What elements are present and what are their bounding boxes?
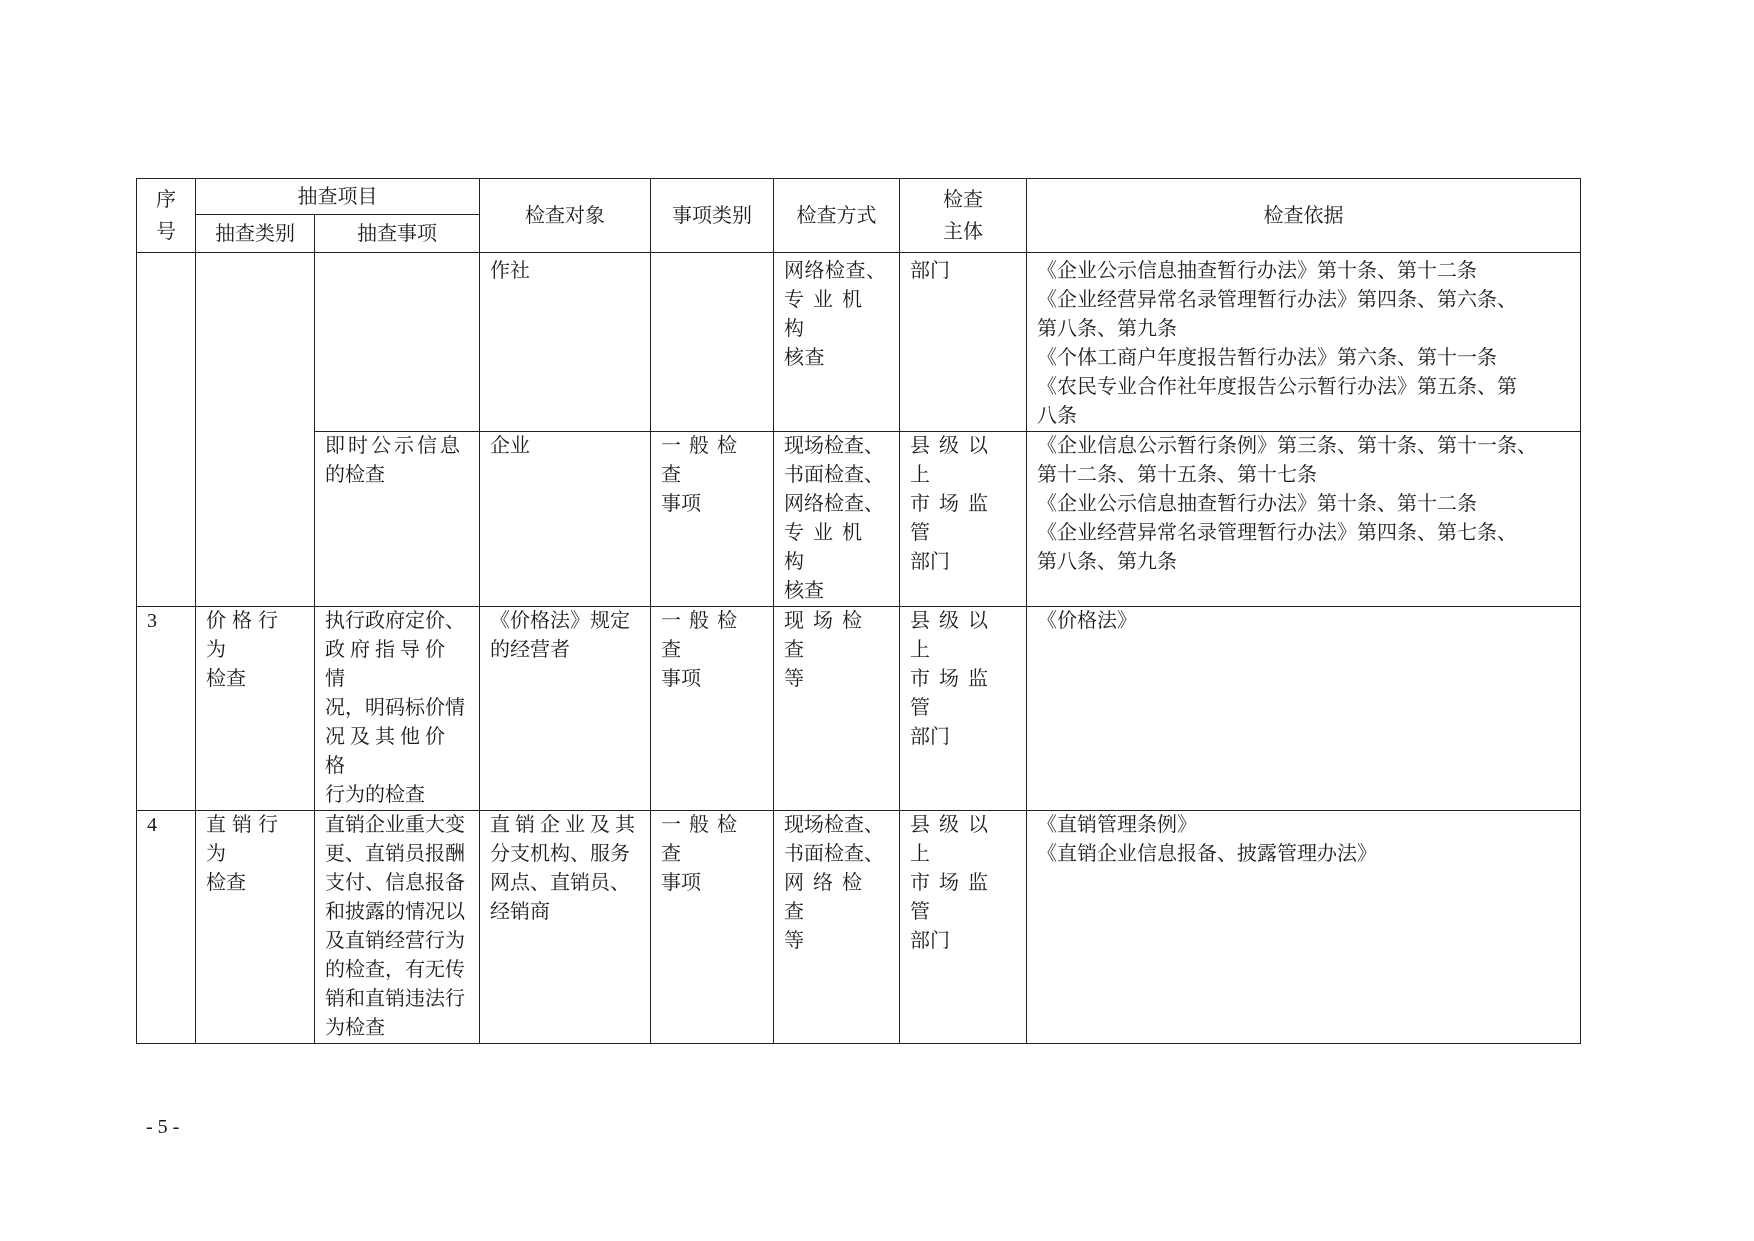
cell-subject: 县级以上 市场监管 部门: [900, 607, 1027, 811]
cell-category: 直销行为 检查: [196, 811, 315, 1044]
text-line: 价格行为: [206, 607, 304, 665]
text-line: 《价格法》: [1037, 607, 1570, 636]
cell-method: 现场检查 等: [774, 607, 900, 811]
text-line: 支付、信息报备: [325, 869, 469, 898]
cell-target: 企业: [480, 432, 651, 607]
text-line: 一般检查: [661, 432, 763, 490]
text-line: 为检查: [325, 1014, 469, 1043]
text-line: 事项: [661, 665, 763, 694]
text-line: 市场监管: [910, 665, 1016, 723]
cell-basis: 《企业公示信息抽查暂行办法》第十条、第十二条 《企业经营异常名录管理暂行办法》第…: [1027, 253, 1581, 432]
text-line: 检查: [206, 869, 304, 898]
text-line: 网络检查、: [784, 257, 889, 286]
cell-item: [315, 253, 480, 432]
header-group: 抽查项目: [196, 179, 480, 215]
cell-target: 《价格法》规定 的经营者: [480, 607, 651, 811]
inspection-items-table: 序 号 抽查项目 检查对象 事项类别 检查方式 检查 主体 检查依据 抽查类别 …: [136, 178, 1581, 1044]
text-line: 等: [784, 927, 889, 956]
text-line: 直销企业重大变: [325, 811, 469, 840]
text-line: 经销商: [490, 898, 640, 927]
cell-item-type: [651, 253, 774, 432]
text-line: 网络检查: [784, 869, 889, 927]
cell-method: 现场检查、 书面检查、 网络检查 等: [774, 811, 900, 1044]
header-subject-line: 检查: [904, 184, 1022, 216]
text-line: 网点、直销员、: [490, 869, 640, 898]
text-line: 事项: [661, 869, 763, 898]
text-line: 及直销经营行为: [325, 927, 469, 956]
text-line: 直销企业及其: [490, 811, 640, 840]
text-line: 核查: [784, 577, 889, 606]
text-line: 部门: [910, 548, 1016, 577]
text-line: 《个体工商户年度报告暂行办法》第六条、第十一条: [1037, 344, 1570, 373]
cell-item-type: 一般检查 事项: [651, 432, 774, 607]
text-line: 第十二条、第十五条、第十七条: [1037, 461, 1570, 490]
text-line: 市场监管: [910, 490, 1016, 548]
text-line: 县级以上: [910, 432, 1016, 490]
table-row: 4 直销行为 检查 直销企业重大变 更、直销员报酬 支付、信息报备 和披露的情况…: [137, 811, 1581, 1044]
text-line: 直销行为: [206, 811, 304, 869]
cell-basis: 《价格法》: [1027, 607, 1581, 811]
text-line: 现场检查、: [784, 432, 889, 461]
header-category: 抽查类别: [196, 215, 315, 253]
text-line: 一般检查: [661, 811, 763, 869]
text-line: 行为的检查: [325, 781, 469, 810]
text-line: 况，明码标价情: [325, 694, 469, 723]
text-line: 部门: [910, 723, 1016, 752]
cell-basis: 《直销管理条例》 《直销企业信息报备、披露管理办法》: [1027, 811, 1581, 1044]
header-subject-line: 主体: [904, 216, 1022, 248]
text-line: 专业机构: [784, 519, 889, 577]
text-line: 况及其他价格: [325, 723, 469, 781]
text-line: 的经营者: [490, 636, 640, 665]
header-basis: 检查依据: [1027, 179, 1581, 253]
text-line: 等: [784, 665, 889, 694]
text-line: 《价格法》规定: [490, 607, 640, 636]
text-line: 部门: [910, 927, 1016, 956]
cell-seq: 4: [137, 811, 196, 1044]
table-row: 3 价格行为 检查 执行政府定价、 政府指导价情 况，明码标价情 况及其他价格 …: [137, 607, 1581, 811]
text-line: 现场检查: [784, 607, 889, 665]
cell-item-type: 一般检查 事项: [651, 811, 774, 1044]
header-method: 检查方式: [774, 179, 900, 253]
cell-item: 直销企业重大变 更、直销员报酬 支付、信息报备 和披露的情况以 及直销经营行为 …: [315, 811, 480, 1044]
header-subject: 检查 主体: [900, 179, 1027, 253]
cell-basis: 《企业信息公示暂行条例》第三条、第十条、第十一条、 第十二条、第十五条、第十七条…: [1027, 432, 1581, 607]
text-line: 即时公示信息: [325, 432, 469, 461]
text-line: 一般检查: [661, 607, 763, 665]
text-line: 八条: [1037, 402, 1570, 431]
text-line: 县级以上: [910, 607, 1016, 665]
page-number: - 5 -: [146, 1116, 179, 1139]
cell-target: 作社: [480, 253, 651, 432]
header-seq-line: 号: [141, 216, 191, 248]
cell-method: 现场检查、 书面检查、 网络检查、 专业机构 核查: [774, 432, 900, 607]
text-line: 更、直销员报酬: [325, 840, 469, 869]
text-line: 书面检查、: [784, 840, 889, 869]
text-line: 销和直销违法行: [325, 985, 469, 1014]
cell-method: 网络检查、 专业机构 核查: [774, 253, 900, 432]
header-item-type: 事项类别: [651, 179, 774, 253]
text-line: 现场检查、: [784, 811, 889, 840]
text-line: 网络检查、: [784, 490, 889, 519]
text-line: 核查: [784, 344, 889, 373]
text-line: 《直销管理条例》: [1037, 811, 1570, 840]
text-line: 第八条、第九条: [1037, 548, 1570, 577]
text-line: 和披露的情况以: [325, 898, 469, 927]
text-line: 的检查: [325, 461, 469, 490]
text-line: 检查: [206, 665, 304, 694]
cell-subject: 县级以上 市场监管 部门: [900, 432, 1027, 607]
cell-item: 即时公示信息 的检查: [315, 432, 480, 607]
header-row-top: 序 号 抽查项目 检查对象 事项类别 检查方式 检查 主体 检查依据: [137, 179, 1581, 215]
header-target: 检查对象: [480, 179, 651, 253]
text-line: 的检查，有无传: [325, 956, 469, 985]
cell-subject: 部门: [900, 253, 1027, 432]
text-line: 专业机构: [784, 286, 889, 344]
text-line: 第八条、第九条: [1037, 315, 1570, 344]
header-seq-line: 序: [141, 184, 191, 216]
text-line: 《企业信息公示暂行条例》第三条、第十条、第十一条、: [1037, 432, 1570, 461]
header-seq: 序 号: [137, 179, 196, 253]
text-line: 部门: [910, 257, 1016, 286]
text-line: 《企业经营异常名录管理暂行办法》第四条、第七条、: [1037, 519, 1570, 548]
table-row: 作社 网络检查、 专业机构 核查 部门 《企业公示信息抽查暂行办法》第十条、第十…: [137, 253, 1581, 432]
text-line: 《企业公示信息抽查暂行办法》第十条、第十二条: [1037, 490, 1570, 519]
cell-category: [196, 253, 315, 607]
cell-target: 直销企业及其 分支机构、服务 网点、直销员、 经销商: [480, 811, 651, 1044]
cell-category: 价格行为 检查: [196, 607, 315, 811]
text-line: 执行政府定价、: [325, 607, 469, 636]
cell-item: 执行政府定价、 政府指导价情 况，明码标价情 况及其他价格 行为的检查: [315, 607, 480, 811]
text-line: 事项: [661, 490, 763, 519]
text-line: 分支机构、服务: [490, 840, 640, 869]
text-line: 政府指导价情: [325, 636, 469, 694]
text-line: 《直销企业信息报备、披露管理办法》: [1037, 840, 1570, 869]
text-line: 书面检查、: [784, 461, 889, 490]
text-line: 市场监管: [910, 869, 1016, 927]
cell-seq: 3: [137, 607, 196, 811]
text-line: 《农民专业合作社年度报告公示暂行办法》第五条、第: [1037, 373, 1570, 402]
text-line: 《企业公示信息抽查暂行办法》第十条、第十二条: [1037, 257, 1570, 286]
cell-seq: [137, 253, 196, 607]
header-item: 抽查事项: [315, 215, 480, 253]
text-line: 企业: [490, 432, 640, 461]
text-line: 县级以上: [910, 811, 1016, 869]
cell-item-type: 一般检查 事项: [651, 607, 774, 811]
cell-subject: 县级以上 市场监管 部门: [900, 811, 1027, 1044]
text-line: 《企业经营异常名录管理暂行办法》第四条、第六条、: [1037, 286, 1570, 315]
table-row: 即时公示信息 的检查 企业 一般检查 事项 现场检查、 书面检查、 网络检查、 …: [137, 432, 1581, 607]
